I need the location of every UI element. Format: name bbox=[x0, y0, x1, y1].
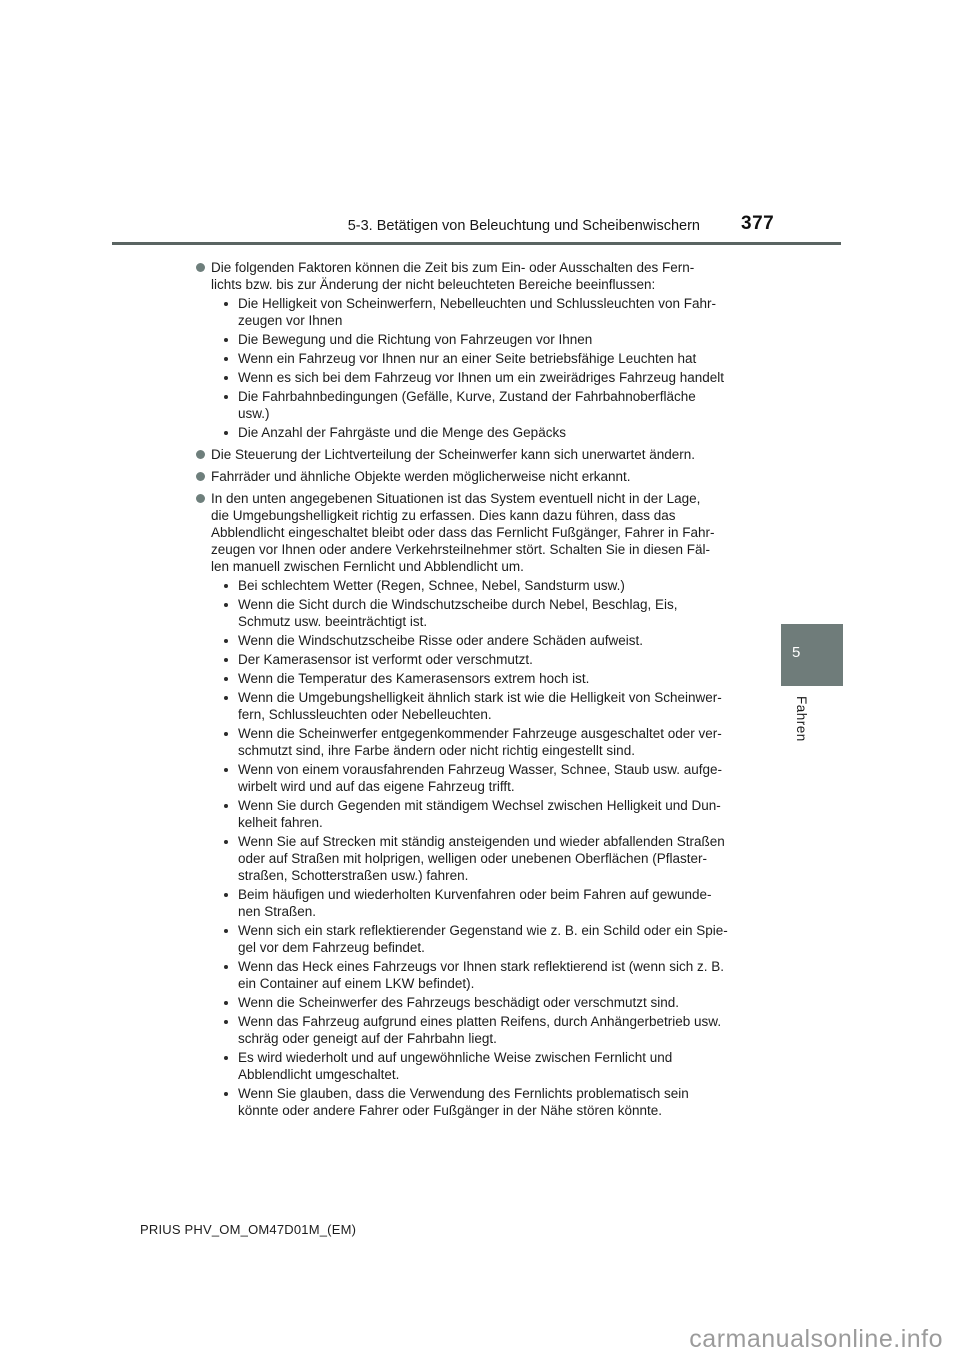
sub-bullet-item: Es wird wiederholt und auf ungewöhnliche… bbox=[196, 1049, 758, 1083]
bullet-item: In den unten angegebenen Situationen ist… bbox=[196, 490, 758, 575]
sub-bullet-dot-icon bbox=[224, 603, 228, 607]
bullet-text: Der Kamerasensor ist verformt oder versc… bbox=[238, 651, 758, 668]
bullet-dot-icon bbox=[196, 263, 205, 272]
sub-bullet-item: Wenn die Umgebungshelligkeit ähnlich sta… bbox=[196, 689, 758, 723]
sub-bullet-item: Wenn Sie glauben, dass die Verwendung de… bbox=[196, 1085, 758, 1119]
bullet-text: Die folgenden Faktoren können die Zeit b… bbox=[211, 259, 758, 293]
bullet-text: Wenn die Sicht durch die Windschutzschei… bbox=[238, 596, 758, 630]
sub-bullet-item: Wenn ein Fahrzeug vor Ihnen nur an einer… bbox=[196, 350, 758, 367]
document-code: PRIUS PHV_OM_OM47D01M_(EM) bbox=[140, 1222, 356, 1237]
bullet-dot-icon bbox=[196, 472, 205, 481]
bullet-text: Wenn von einem vorausfahrenden Fahrzeug … bbox=[238, 761, 758, 795]
sub-bullet-dot-icon bbox=[224, 696, 228, 700]
sub-bullet-dot-icon bbox=[224, 929, 228, 933]
sub-bullet-item: Wenn die Windschutzscheibe Risse oder an… bbox=[196, 632, 758, 649]
bullet-dot-icon bbox=[196, 450, 205, 459]
bullet-text: Die Steuerung der Lichtverteilung der Sc… bbox=[211, 446, 758, 463]
bullet-text: Wenn die Scheinwerfer des Fahrzeugs besc… bbox=[238, 994, 758, 1011]
sub-bullet-dot-icon bbox=[224, 840, 228, 844]
bullet-item: Die Steuerung der Lichtverteilung der Sc… bbox=[196, 446, 758, 463]
bullet-text: Wenn sich ein stark reflektierender Gege… bbox=[238, 922, 758, 956]
bullet-text: Wenn Sie durch Gegenden mit ständigem We… bbox=[238, 797, 758, 831]
chapter-tab: 5 bbox=[781, 624, 843, 686]
sub-bullet-item: Wenn das Fahrzeug aufgrund eines platten… bbox=[196, 1013, 758, 1047]
sub-bullet-dot-icon bbox=[224, 395, 228, 399]
body-text: Die folgenden Faktoren können die Zeit b… bbox=[196, 259, 758, 1119]
sub-bullet-item: Beim häufigen und wiederholten Kurvenfah… bbox=[196, 886, 758, 920]
bullet-text: Die Fahrbahnbedingungen (Gefälle, Kurve,… bbox=[238, 388, 758, 422]
page-number: 377 bbox=[741, 213, 774, 235]
sub-bullet-dot-icon bbox=[224, 1020, 228, 1024]
bullet-item: Fahrräder und ähnliche Objekte werden mö… bbox=[196, 468, 758, 485]
sub-bullet-dot-icon bbox=[224, 639, 228, 643]
sub-bullet-list: Die Helligkeit von Scheinwerfern, Nebell… bbox=[196, 295, 758, 441]
bullet-text: Wenn die Windschutzscheibe Risse oder an… bbox=[238, 632, 758, 649]
sub-bullet-item: Der Kamerasensor ist verformt oder versc… bbox=[196, 651, 758, 668]
sub-bullet-item: Wenn es sich bei dem Fahrzeug vor Ihnen … bbox=[196, 369, 758, 386]
sub-bullet-dot-icon bbox=[224, 965, 228, 969]
sub-bullet-dot-icon bbox=[224, 431, 228, 435]
sub-bullet-dot-icon bbox=[224, 376, 228, 380]
section-header: 5-3. Betätigen von Beleuchtung und Schei… bbox=[348, 218, 700, 234]
bullet-dot-icon bbox=[196, 494, 205, 503]
sub-bullet-item: Wenn die Sicht durch die Windschutzschei… bbox=[196, 596, 758, 630]
sub-bullet-item: Wenn das Heck eines Fahrzeugs vor Ihnen … bbox=[196, 958, 758, 992]
bullet-text: Wenn Sie auf Strecken mit ständig anstei… bbox=[238, 833, 758, 884]
bullet-text: In den unten angegebenen Situationen ist… bbox=[211, 490, 758, 575]
bullet-text: Wenn die Temperatur des Kamerasensors ex… bbox=[238, 670, 758, 687]
bullet-text: Beim häufigen und wiederholten Kurvenfah… bbox=[238, 886, 758, 920]
sub-bullet-dot-icon bbox=[224, 732, 228, 736]
sub-bullet-item: Wenn die Temperatur des Kamerasensors ex… bbox=[196, 670, 758, 687]
bullet-text: Wenn die Umgebungshelligkeit ähnlich sta… bbox=[238, 689, 758, 723]
sub-bullet-item: Die Anzahl der Fahrgäste und die Menge d… bbox=[196, 424, 758, 441]
sub-bullet-dot-icon bbox=[224, 1056, 228, 1060]
sub-bullet-dot-icon bbox=[224, 893, 228, 897]
sub-bullet-item: Die Fahrbahnbedingungen (Gefälle, Kurve,… bbox=[196, 388, 758, 422]
manual-page: 5-3. Betätigen von Beleuchtung und Schei… bbox=[0, 0, 960, 1358]
bullet-item: Die folgenden Faktoren können die Zeit b… bbox=[196, 259, 758, 293]
sub-bullet-dot-icon bbox=[224, 658, 228, 662]
sub-bullet-dot-icon bbox=[224, 1092, 228, 1096]
sub-bullet-dot-icon bbox=[224, 1001, 228, 1005]
sub-bullet-dot-icon bbox=[224, 804, 228, 808]
bullet-text: Die Bewegung und die Richtung von Fahrze… bbox=[238, 331, 758, 348]
bullet-text: Wenn das Fahrzeug aufgrund eines platten… bbox=[238, 1013, 758, 1047]
sub-bullet-dot-icon bbox=[224, 357, 228, 361]
sub-bullet-list: Bei schlechtem Wetter (Regen, Schnee, Ne… bbox=[196, 577, 758, 1119]
chapter-number: 5 bbox=[781, 644, 800, 661]
watermark: carmanualsonline.info bbox=[689, 1325, 943, 1354]
sub-bullet-dot-icon bbox=[224, 338, 228, 342]
sub-bullet-item: Wenn Sie auf Strecken mit ständig anstei… bbox=[196, 833, 758, 884]
bullet-text: Wenn die Scheinwerfer entgegenkommender … bbox=[238, 725, 758, 759]
bullet-text: Es wird wiederholt und auf ungewöhnliche… bbox=[238, 1049, 758, 1083]
sub-bullet-item: Wenn die Scheinwerfer des Fahrzeugs besc… bbox=[196, 994, 758, 1011]
bullet-text: Wenn ein Fahrzeug vor Ihnen nur an einer… bbox=[238, 350, 758, 367]
bullet-text: Die Helligkeit von Scheinwerfern, Nebell… bbox=[238, 295, 758, 329]
sub-bullet-dot-icon bbox=[224, 584, 228, 588]
sub-bullet-item: Wenn Sie durch Gegenden mit ständigem We… bbox=[196, 797, 758, 831]
bullet-text: Die Anzahl der Fahrgäste und die Menge d… bbox=[238, 424, 758, 441]
sub-bullet-item: Wenn die Scheinwerfer entgegenkommender … bbox=[196, 725, 758, 759]
sub-bullet-dot-icon bbox=[224, 677, 228, 681]
sub-bullet-item: Die Helligkeit von Scheinwerfern, Nebell… bbox=[196, 295, 758, 329]
bullet-text: Fahrräder und ähnliche Objekte werden mö… bbox=[211, 468, 758, 485]
bullet-text: Bei schlechtem Wetter (Regen, Schnee, Ne… bbox=[238, 577, 758, 594]
sub-bullet-item: Wenn sich ein stark reflektierender Gege… bbox=[196, 922, 758, 956]
sub-bullet-dot-icon bbox=[224, 302, 228, 306]
bullet-text: Wenn das Heck eines Fahrzeugs vor Ihnen … bbox=[238, 958, 758, 992]
bullet-text: Wenn Sie glauben, dass die Verwendung de… bbox=[238, 1085, 758, 1119]
header-rule bbox=[112, 242, 841, 245]
chapter-label: Fahren bbox=[794, 696, 809, 742]
sub-bullet-item: Bei schlechtem Wetter (Regen, Schnee, Ne… bbox=[196, 577, 758, 594]
bullet-text: Wenn es sich bei dem Fahrzeug vor Ihnen … bbox=[238, 369, 758, 386]
sub-bullet-dot-icon bbox=[224, 768, 228, 772]
sub-bullet-item: Wenn von einem vorausfahrenden Fahrzeug … bbox=[196, 761, 758, 795]
sub-bullet-item: Die Bewegung und die Richtung von Fahrze… bbox=[196, 331, 758, 348]
